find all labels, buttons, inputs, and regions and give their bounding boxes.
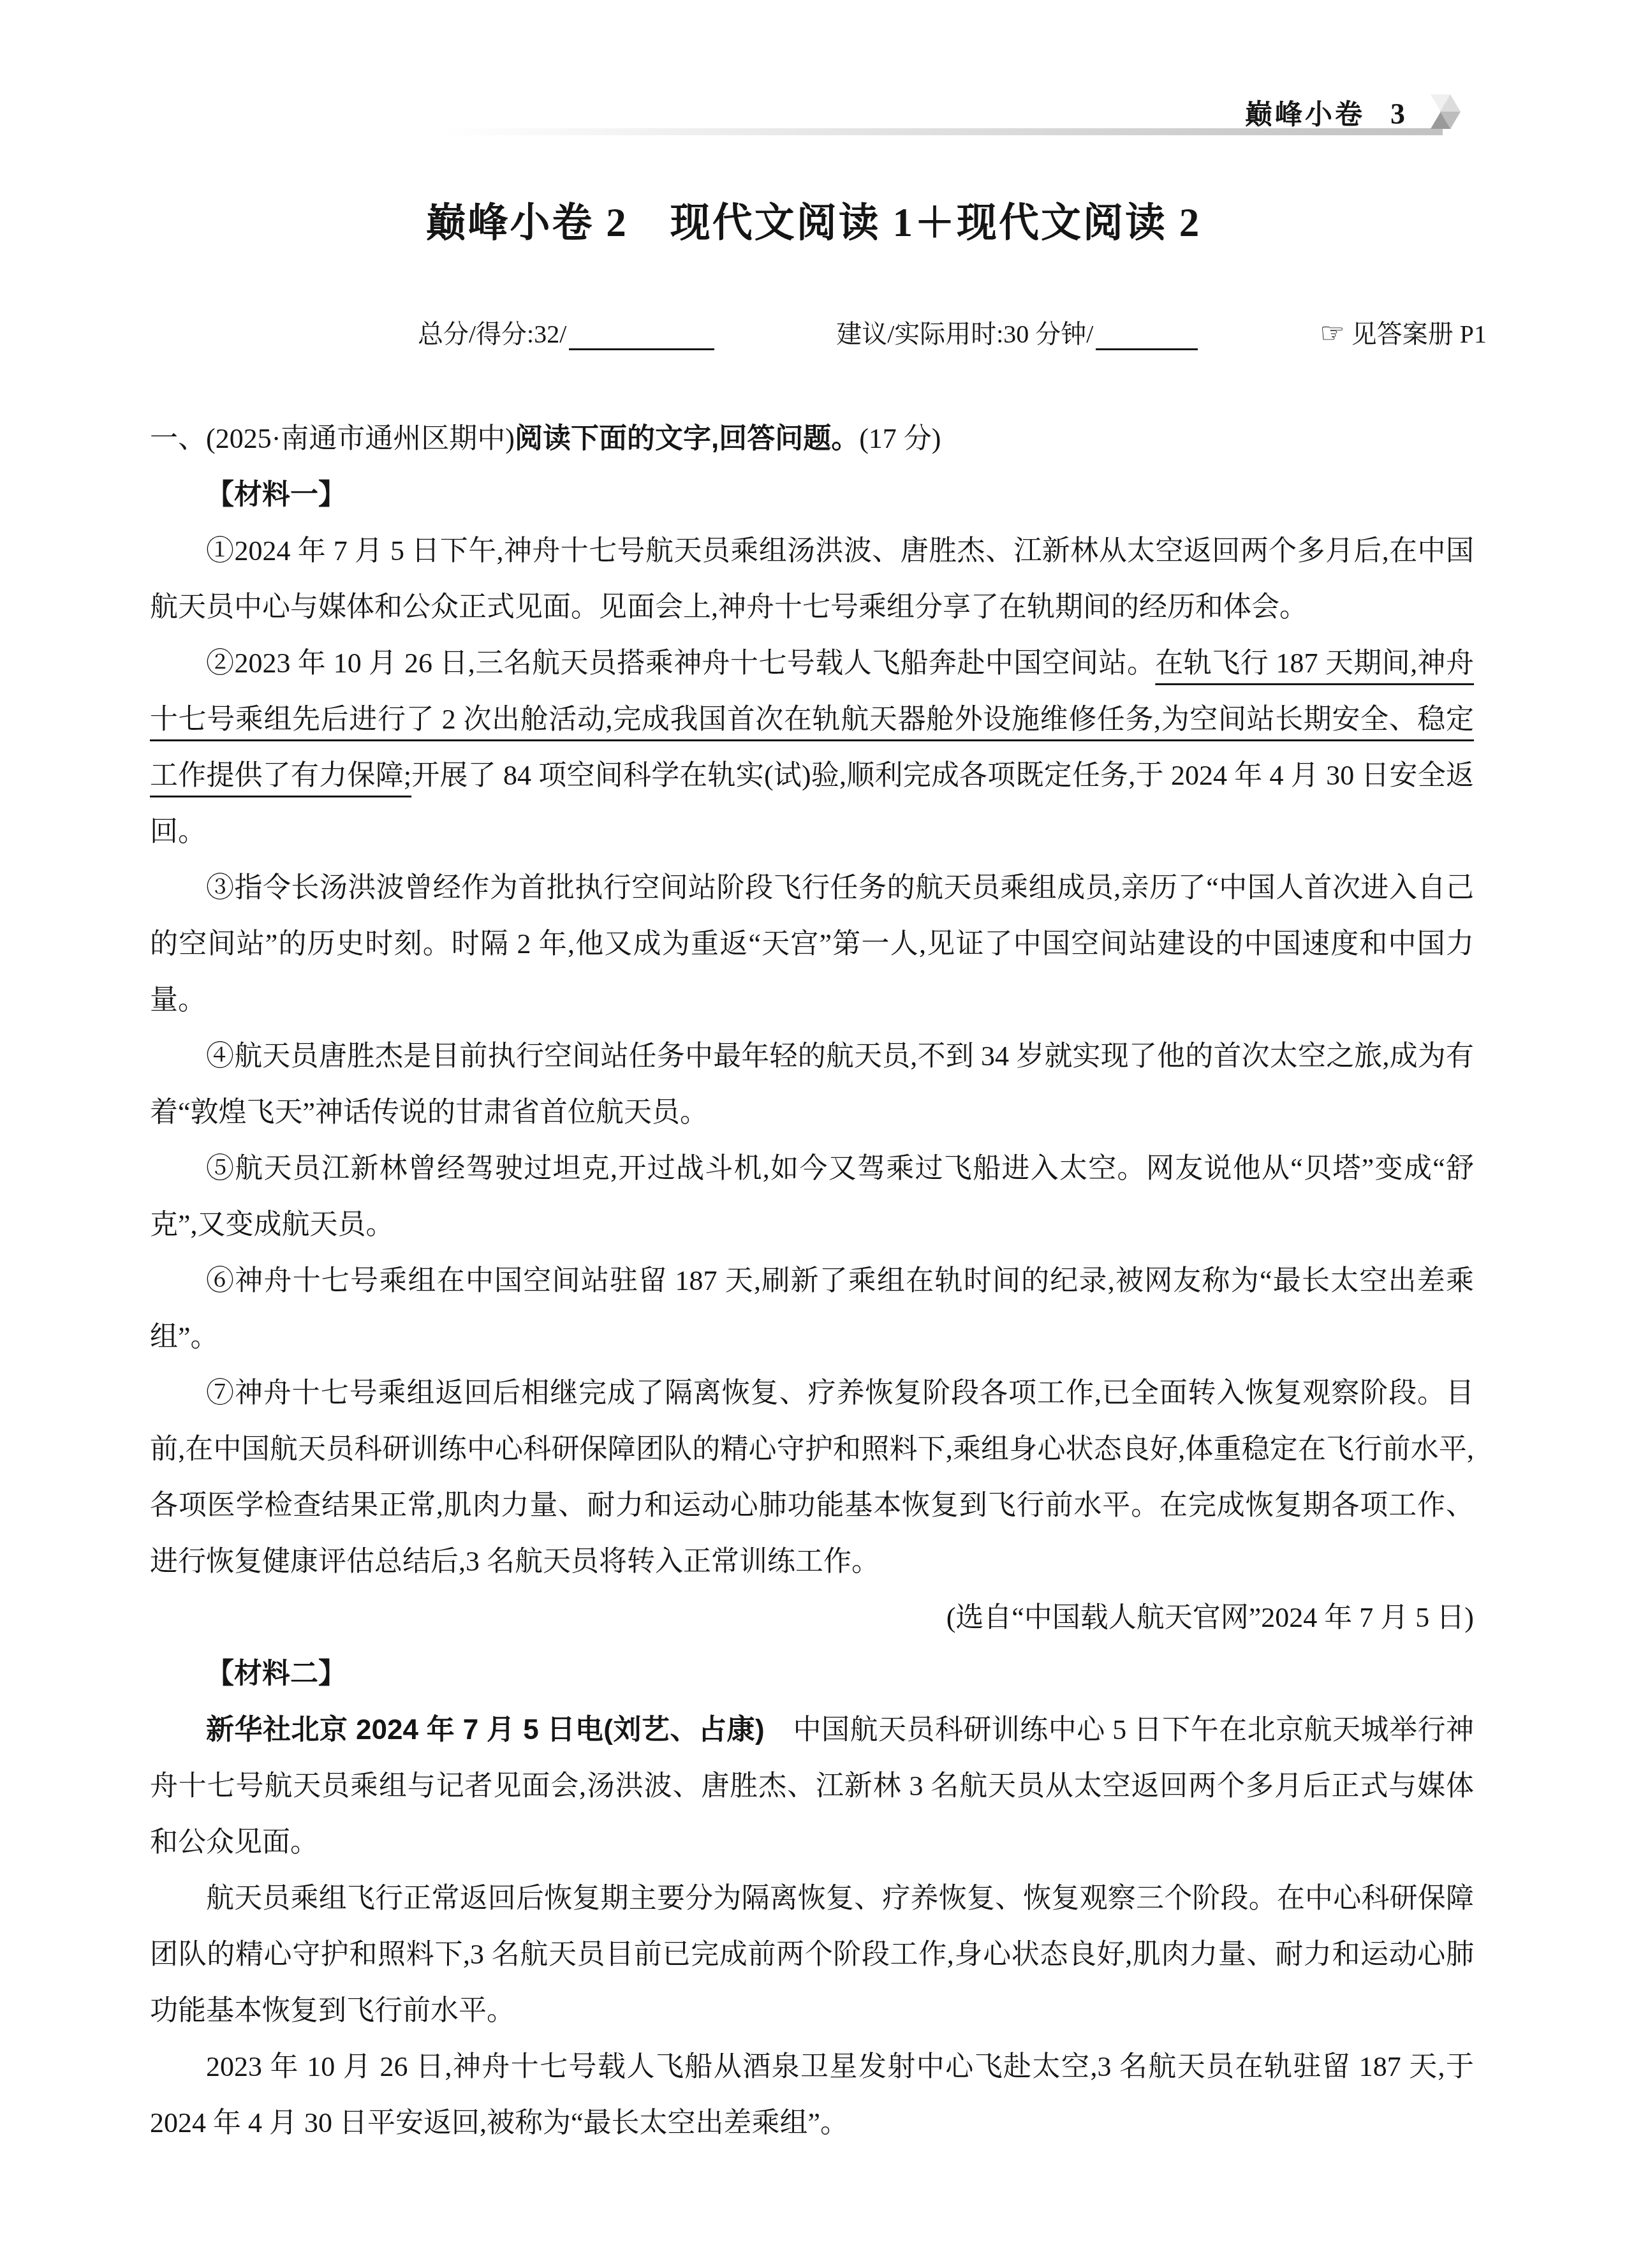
material1-paragraph-5: ⑤航天员江新林曾经驾驶过坦克,开过战斗机,如今又驾乘过飞船进入太空。网友说他从“… <box>150 1141 1474 1253</box>
material2-paragraph-2: 航天员乘组飞行正常返回后恢复期主要分为隔离恢复、疗养恢复、恢复观察三个阶段。在中… <box>150 1871 1474 2039</box>
material1-label: 【材料一】 <box>150 467 1474 523</box>
time-blank <box>1096 348 1198 350</box>
score-total-item: 总分/得分:32/ <box>418 314 714 350</box>
score-total-blank <box>569 348 714 350</box>
material1-paragraph-1: ①2024 年 7 月 5 日下午,神舟十七号航天员乘组汤洪波、唐胜杰、江新林从… <box>150 523 1474 635</box>
material2-paragraph-1: 新华社北京 2024 年 7 月 5 日电(刘艺、占康) 中国航天员科研训练中心… <box>150 1702 1474 1871</box>
material2-label: 【材料二】 <box>150 1646 1474 1702</box>
section-heading: 一、(2025·南通市通州区期中)阅读下面的文字,回答问题。(17 分) <box>150 411 1474 467</box>
paragraph2-normal-lead: ②2023 年 10 月 26 日,三名航天员搭乘神舟十七号载人飞船奔赴中国空间… <box>206 648 1155 679</box>
page-header: 巅峰小卷 3 <box>1245 93 1470 132</box>
score-total-label: 总分/得分:32/ <box>418 320 566 348</box>
answer-ref-text: 见答案册 P1 <box>1351 320 1487 348</box>
exam-paper-page: 巅峰小卷 3 巅峰小卷 2 现代文阅读 1＋现代文阅读 2 总分/得分:32/ … <box>0 0 1627 2268</box>
passage-content: 一、(2025·南通市通州区期中)阅读下面的文字,回答问题。(17 分) 【材料… <box>150 411 1474 2151</box>
time-label: 建议/实际用时:30 分钟/ <box>836 320 1093 348</box>
time-item: 建议/实际用时:30 分钟/ <box>836 314 1198 350</box>
triangles-icon <box>1431 94 1470 130</box>
material2-paragraph-3: 2023 年 10 月 26 日,神舟十七号载人飞船从酒泉卫星发射中心飞赴太空,… <box>150 2039 1474 2151</box>
answer-reference: ☞见答案册 P1 <box>1320 314 1487 350</box>
score-row: 总分/得分:32/ 建议/实际用时:30 分钟/ ☞见答案册 P1 <box>418 314 1487 350</box>
pointing-hand-icon: ☞ <box>1320 318 1344 349</box>
section-directive: 阅读下面的文字,回答问题。 <box>515 423 859 454</box>
material1-paragraph-6: ⑥神舟十七号乘组在中国空间站驻留 187 天,刷新了乘组在轨时间的纪录,被网友称… <box>150 1253 1474 1365</box>
material1-paragraph-2: ②2023 年 10 月 26 日,三名航天员搭乘神舟十七号载人飞船奔赴中国空间… <box>150 635 1474 860</box>
material1-source-line: (选自“中国载人航天官网”2024 年 7 月 5 日) <box>150 1590 1474 1646</box>
material2-dateline-bold: 新华社北京 2024 年 7 月 5 日电(刘艺、占康) <box>206 1714 765 1745</box>
section-origin: (2025·南通市通州区期中) <box>206 423 515 454</box>
page-number: 3 <box>1390 97 1405 131</box>
material1-paragraph-7: ⑦神舟十七号乘组返回后相继完成了隔离恢复、疗养恢复阶段各项工作,已全面转入恢复观… <box>150 1365 1474 1590</box>
header-brand: 巅峰小卷 <box>1245 93 1365 132</box>
section-points: (17 分) <box>859 423 941 454</box>
material1-paragraph-4: ④航天员唐胜杰是目前执行空间站任务中最年轻的航天员,不到 34 岁就实现了他的首… <box>150 1028 1474 1141</box>
material1-paragraph-3: ③指令长汤洪波曾经作为首批执行空间站阶段飞行任务的航天员乘组成员,亲历了“中国人… <box>150 860 1474 1028</box>
section-number: 一、 <box>150 423 206 454</box>
paper-title: 巅峰小卷 2 现代文阅读 1＋现代文阅读 2 <box>0 190 1627 248</box>
